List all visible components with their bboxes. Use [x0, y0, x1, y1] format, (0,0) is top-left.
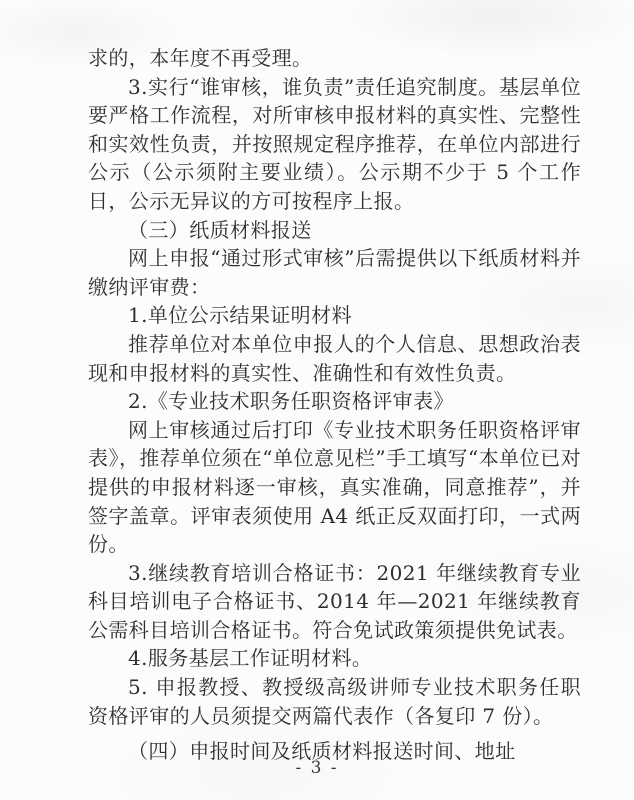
para-material-3: 3.继续教育培训合格证书：2021 年继续教育专业科目培训电子合格证书、2014… [88, 559, 581, 645]
para-online-submission: 网上申报“通过形式审核”后需提供以下纸质材料并缴纳评审费： [88, 244, 581, 301]
para-material-5: 5. 申报教授、教授级高级讲师专业技术职务任职资格评审的人员须提交两篇代表作（各… [88, 673, 581, 730]
para-material-4: 4.服务基层工作证明材料。 [88, 644, 581, 673]
para-material-2: 2.《专业技术职务任职资格评审表》 [88, 387, 581, 416]
heading-section-3: （三）纸质材料报送 [88, 216, 581, 245]
page-number: - 3 - [0, 758, 634, 778]
document-body: 求的，本年度不再受理。 3.实行“谁审核，谁负责”责任追究制度。基层单位要严格工… [88, 44, 581, 766]
para-material-2-detail: 网上审核通过后打印《专业技术职务任职资格评审表》，推荐单位须在“单位意见栏”手工… [88, 416, 581, 559]
para-continuation: 求的，本年度不再受理。 [88, 44, 581, 73]
scanned-document-page: 求的，本年度不再受理。 3.实行“谁审核，谁负责”责任追究制度。基层单位要严格工… [0, 0, 634, 800]
para-item-3-responsibility: 3.实行“谁审核，谁负责”责任追究制度。基层单位要严格工作流程，对所审核申报材料… [88, 73, 581, 216]
para-material-1-detail: 推荐单位对本单位申报人的个人信息、思想政治表现和申报材料的真实性、准确性和有效性… [88, 330, 581, 387]
para-material-1: 1.单位公示结果证明材料 [88, 301, 581, 330]
